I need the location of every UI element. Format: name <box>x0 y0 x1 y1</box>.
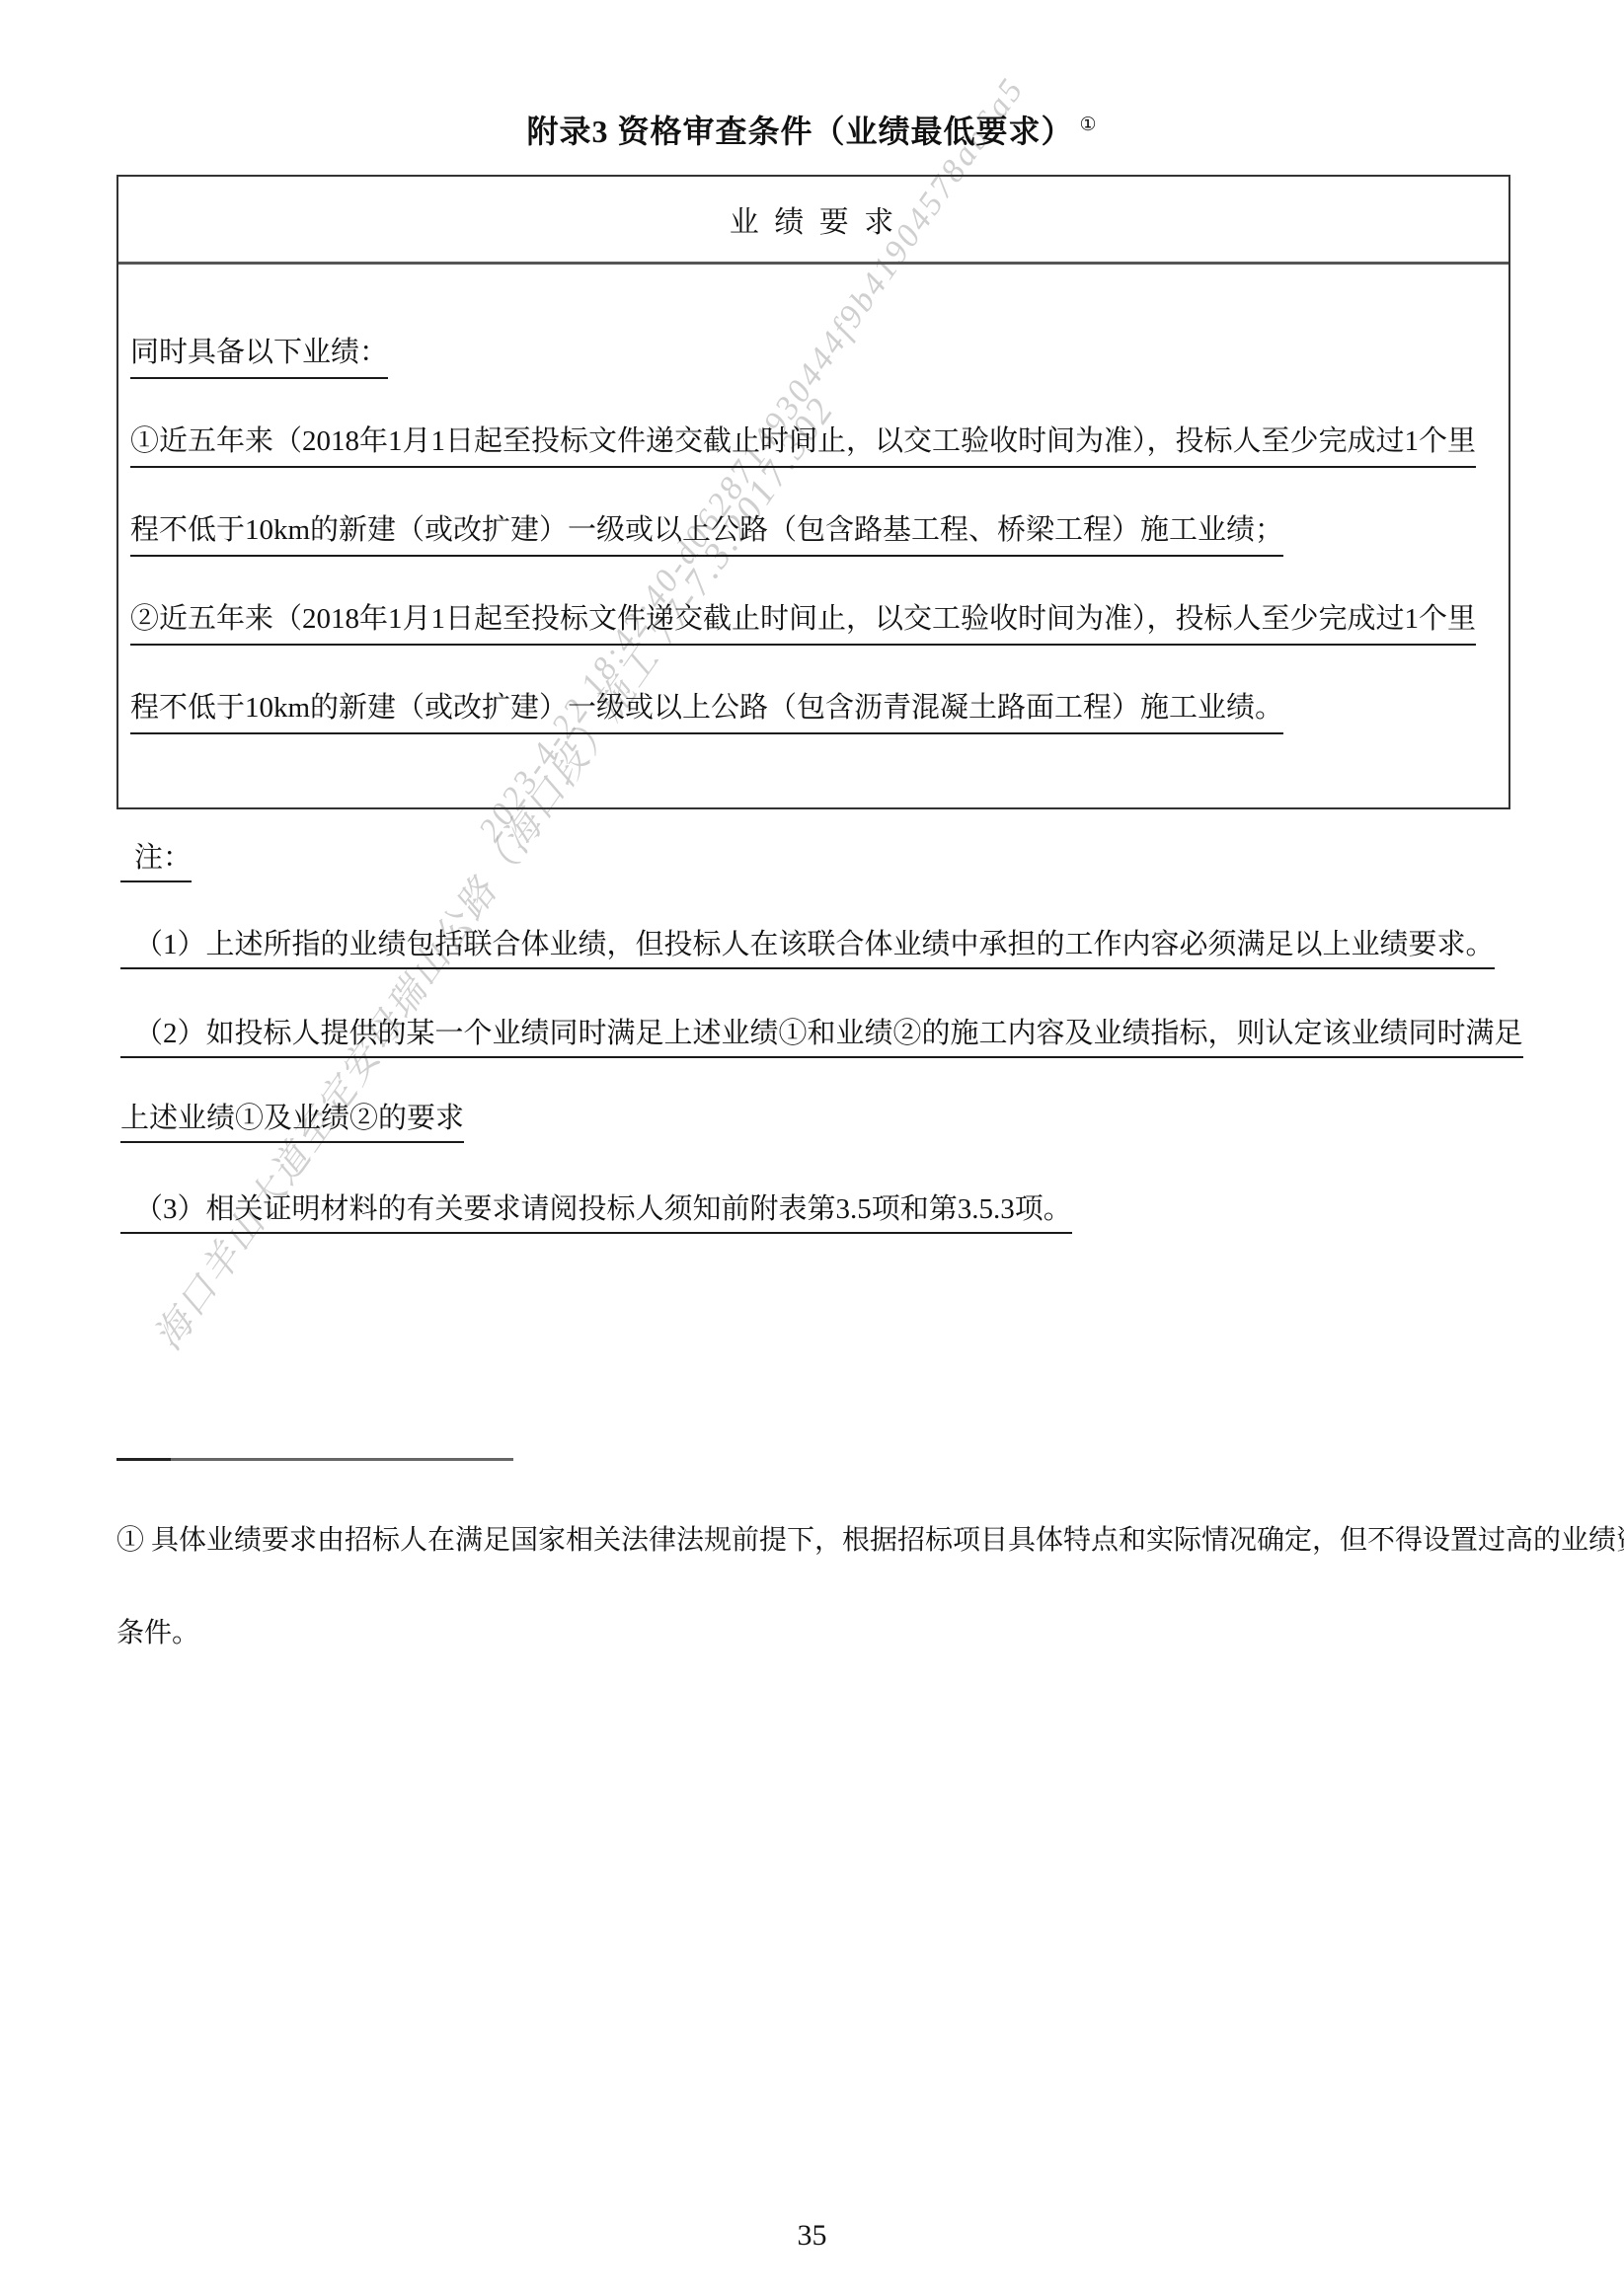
note-2-line1: （2）如投标人提供的某一个业绩同时满足上述业绩①和业绩②的施工内容及业绩指标，则… <box>120 1011 1514 1051</box>
title-footnote-marker: ① <box>1079 115 1097 135</box>
footnote-line2: 条件。 <box>116 1611 1518 1650</box>
note-2-line2: 上述业绩①及业绩②的要求 <box>120 1096 1514 1136</box>
table-body-cell: 同时具备以下业绩： ①近五年来（2018年1月1日起至投标文件递交截止时间止，以… <box>118 265 1508 734</box>
page-title: 附录3 资格审查条件（业绩最低要求）① <box>0 107 1624 152</box>
table-line-item2-1: ②近五年来（2018年1月1日起至投标文件递交截止时间止，以交工验收时间为准），… <box>130 557 1499 646</box>
footnote-line1: ① 具体业绩要求由招标人在满足国家相关法律法规前提下，根据招标项目具体特点和实际… <box>116 1518 1518 1558</box>
page-number: 35 <box>0 2219 1624 2253</box>
table-line-item2-2: 程不低于10km的新建（或改扩建）一级或以上公路（包含沥青混凝土路面工程）施工业… <box>130 646 1499 734</box>
performance-requirements-table: 业 绩 要 求 同时具备以下业绩： ①近五年来（2018年1月1日起至投标文件递… <box>116 175 1510 809</box>
note-3: （3）相关证明材料的有关要求请阅投标人须知前附表第3.5项和第3.5.3项。 <box>120 1186 1514 1227</box>
notes-label: 注： <box>120 835 1514 876</box>
note-1: （1）上述所指的业绩包括联合体业绩，但投标人在该联合体业绩中承担的工作内容必须满… <box>120 922 1514 962</box>
table-header-cell: 业 绩 要 求 <box>118 177 1508 265</box>
footnote-separator-line <box>116 1458 513 1461</box>
table-line-item1-2: 程不低于10km的新建（或改扩建）一级或以上公路（包含路基工程、桥梁工程）施工业… <box>130 468 1499 557</box>
table-line-intro: 同时具备以下业绩： <box>130 290 1499 379</box>
document-page: 海口羊山大道至定安母瑞山公路（海口段）施工 77-7.3.2017.302 20… <box>0 0 1624 2296</box>
table-line-item1-1: ①近五年来（2018年1月1日起至投标文件递交截止时间止，以交工验收时间为准），… <box>130 379 1499 468</box>
page-title-text: 附录3 资格审查条件（业绩最低要求） <box>526 114 1073 149</box>
